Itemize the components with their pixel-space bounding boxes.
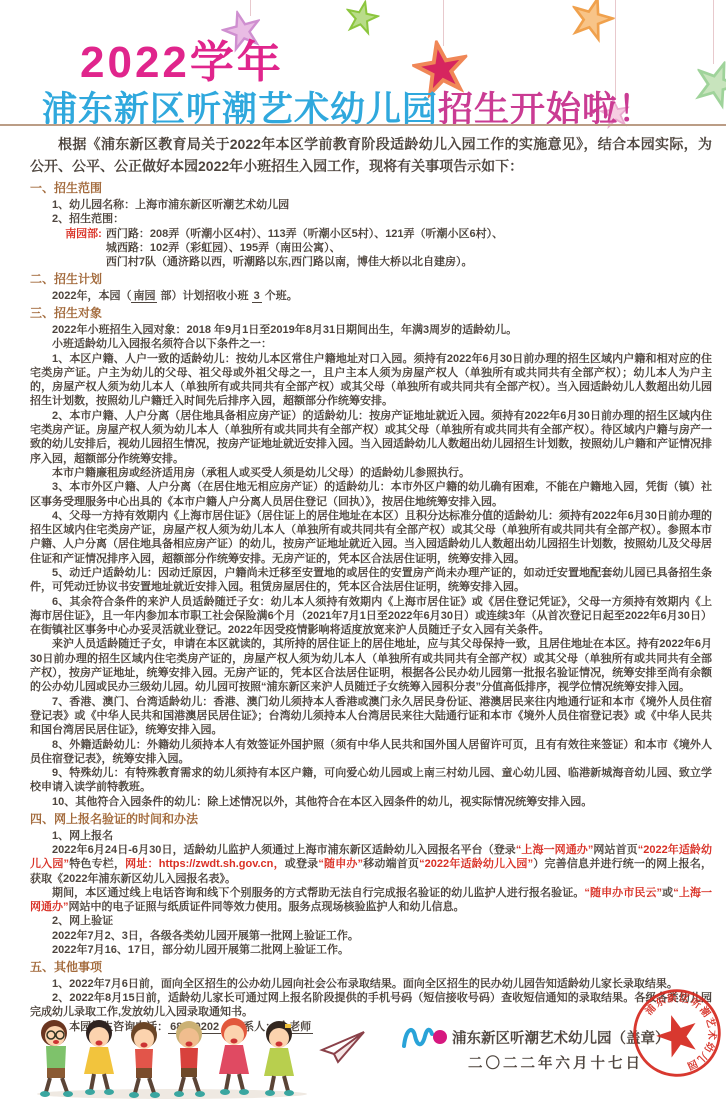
area-line: 西门村7队（通济路以西，听潮路以东,西门路以南，博佳大桥以北自建房）。 <box>106 255 503 269</box>
paragraph: 2、本市户籍、人户分离（居住地具备相应房产证）的适龄幼儿：按房产证地址就近入园。… <box>30 409 712 466</box>
text-segment: 网站首页 <box>593 844 637 856</box>
area-line: 城西路：102弄（彩虹园）、195弄（南田公寓）、 <box>106 241 503 255</box>
hanging-string <box>713 0 714 64</box>
text-segment: 或登录 <box>285 858 319 870</box>
text-segment: 或 <box>662 887 673 899</box>
plan-line: 2022年，本园（南园 部）计划招收小班 3 个班。 <box>52 289 712 303</box>
paragraph: 1、2022年7月6日前，面向全区招生的公办幼儿园向社会公布录取结果。面向全区招… <box>30 977 712 991</box>
list-item: 2、招生范围： <box>52 212 712 226</box>
plan-text: 个班。 <box>262 290 298 302</box>
highlight-text: “上海一网通办” <box>516 844 594 856</box>
header-divider <box>0 124 726 126</box>
paragraph: 7、香港、澳门、台湾适龄幼儿：香港、澳门幼儿须持本人香港或澳门永久居民身份证、港… <box>30 695 712 738</box>
paragraph: 9、特殊幼儿：有特殊教育需求的幼儿须持有本区户籍，可向爱心幼儿园或上南三村幼儿园… <box>30 766 712 795</box>
registration-paragraph: 2022年6月24日-6月30日，适龄幼儿监护人须通过上海市浦东新区适龄幼儿入园… <box>30 843 712 886</box>
section-3-heading: 三、招生对象 <box>30 306 712 322</box>
highlight-text: “随申办” <box>318 858 363 870</box>
paragraph: 10、其他符合入园条件的幼儿：除上述情况以外，其他符合在本区入园条件的幼儿，视实… <box>30 795 712 809</box>
registration-url: 网址：https://zwdt.sh.gov.cn， <box>125 858 285 870</box>
paragraph: 4、父母一方持有效期内《上海市居住证》（居住证上的居住地址在本区）且积分达标准分… <box>30 509 712 566</box>
paragraph: 2022年7月2、3日，各级各类幼儿园开展第一批网上验证工作。 <box>30 929 712 943</box>
enrollment-area-block: 南园部: 西门路：208弄（听潮小区4村）、113弄（听潮小区5村）、121弄（… <box>65 227 712 270</box>
plan-text: 2022年，本园（ <box>52 290 131 302</box>
text-segment: 特色专栏， <box>69 858 125 870</box>
section-2-heading: 二、招生计划 <box>30 272 712 288</box>
announcement-body: 根据《浦东新区教育局关于2022年本区学前教育阶段适龄幼儿入园工作的实施意见》，… <box>0 128 726 1034</box>
plan-count-underlined: 3 <box>252 290 262 303</box>
text-segment: 期间，本区通过线上电话咨询和线下个别服务的方式帮助无法自行完成报名验证的幼儿监护… <box>52 887 584 899</box>
announcement-poster: 2022学年 浦东新区听潮艺术幼儿园招生开始啦！ 根据《浦东新区教育局关于202… <box>0 0 726 1101</box>
highlight-text: “2022年适龄幼儿入园” <box>419 858 533 870</box>
kindergarten-logo-icon <box>402 1022 448 1052</box>
subsection-heading: 1、网上报名 <box>52 829 712 843</box>
text-segment: 移动端首页 <box>363 858 419 870</box>
intro-paragraph: 根据《浦东新区教育局关于2022年本区学前教育阶段适龄幼儿入园工作的实施意见》，… <box>30 134 712 177</box>
paragraph: 小班适龄幼儿入园报名须符合以下条件之一： <box>30 337 712 351</box>
paragraph: 6、其余符合条件的来沪人员适龄随迁子女：幼儿本人须持有效期内《上海市居住证》或《… <box>30 595 712 638</box>
children-illustration <box>32 1016 312 1100</box>
section-5-heading: 五、其他事项 <box>30 960 712 976</box>
signature-date: 二〇二二年六月十七日 <box>468 1052 643 1073</box>
period-paragraph: 期间，本区通过线上电话咨询和线下个别服务的方式帮助无法自行完成报名验证的幼儿监护… <box>30 886 712 915</box>
subsection-heading: 2、网上验证 <box>52 914 712 928</box>
plan-text: 部）计划招收小班 <box>157 290 251 302</box>
section-1-heading: 一、招生范围 <box>30 181 712 197</box>
paragraph: 8、外籍适龄幼儿：外籍幼儿须持本人有效签证外国护照（须有中华人民共和国外国人居留… <box>30 738 712 767</box>
star-icon <box>688 54 726 113</box>
section-4-heading: 四、网上报名验证的时间和办法 <box>30 812 712 828</box>
area-line: 西门路：208弄（听潮小区4村）、113弄（听潮小区5村）、121弄（听潮小区6… <box>106 227 503 241</box>
text-segment: 网站中的电子证照与纸质证件同等效力使用。服务点现场核验监护人和幼儿信息。 <box>69 901 465 913</box>
paragraph: 1、本区户籍、人户一致的适龄幼儿：按幼儿本区常住户籍地址对口入园。须持有2022… <box>30 352 712 409</box>
paragraph: 5、动迁户适龄幼儿：因动迁原因，户籍尚未迁移至安置地的或居住的安置房产尚未办理产… <box>30 566 712 595</box>
area-lines: 西门路：208弄（听潮小区4村）、113弄（听潮小区5村）、121弄（听潮小区6… <box>106 227 503 270</box>
text-segment: 2022年6月24日-6月30日，适龄幼儿监护人须通过上海市浦东新区适龄幼儿入园… <box>52 844 516 856</box>
star-icon <box>565 0 619 45</box>
paragraph: 来沪人员适龄随迁子女，申请在本区就读的，其所持的居住证上的居住地址，应与其父母保… <box>30 637 712 694</box>
paper-plane-icon <box>318 1030 366 1064</box>
paragraph: 2022年7月16、17日，部分幼儿园开展第二批网上验证工作。 <box>30 943 712 957</box>
area-label: 南园部: <box>65 227 102 270</box>
paragraph: 本市户籍廉租房或经济适用房（承租人或买受人须是幼儿父母）的适龄幼儿参照执行。 <box>30 466 712 480</box>
list-item: 1、幼儿园名称：上海市浦东新区听潮艺术幼儿园 <box>52 198 712 212</box>
paragraph: 2022年小班招生入园对象：2018 年9月1日至2019年8月31日期间出生，… <box>30 323 712 337</box>
page-title-year: 2022学年 <box>80 26 284 90</box>
plan-campus-underlined: 南园 <box>131 290 157 303</box>
star-icon <box>342 0 382 37</box>
highlight-text: “随申办市民云” <box>584 887 662 899</box>
paragraph: 3、本市外区户籍、人户分离（在居住地无相应房产证）的适龄幼儿：本市外区户籍的幼儿… <box>30 480 712 509</box>
